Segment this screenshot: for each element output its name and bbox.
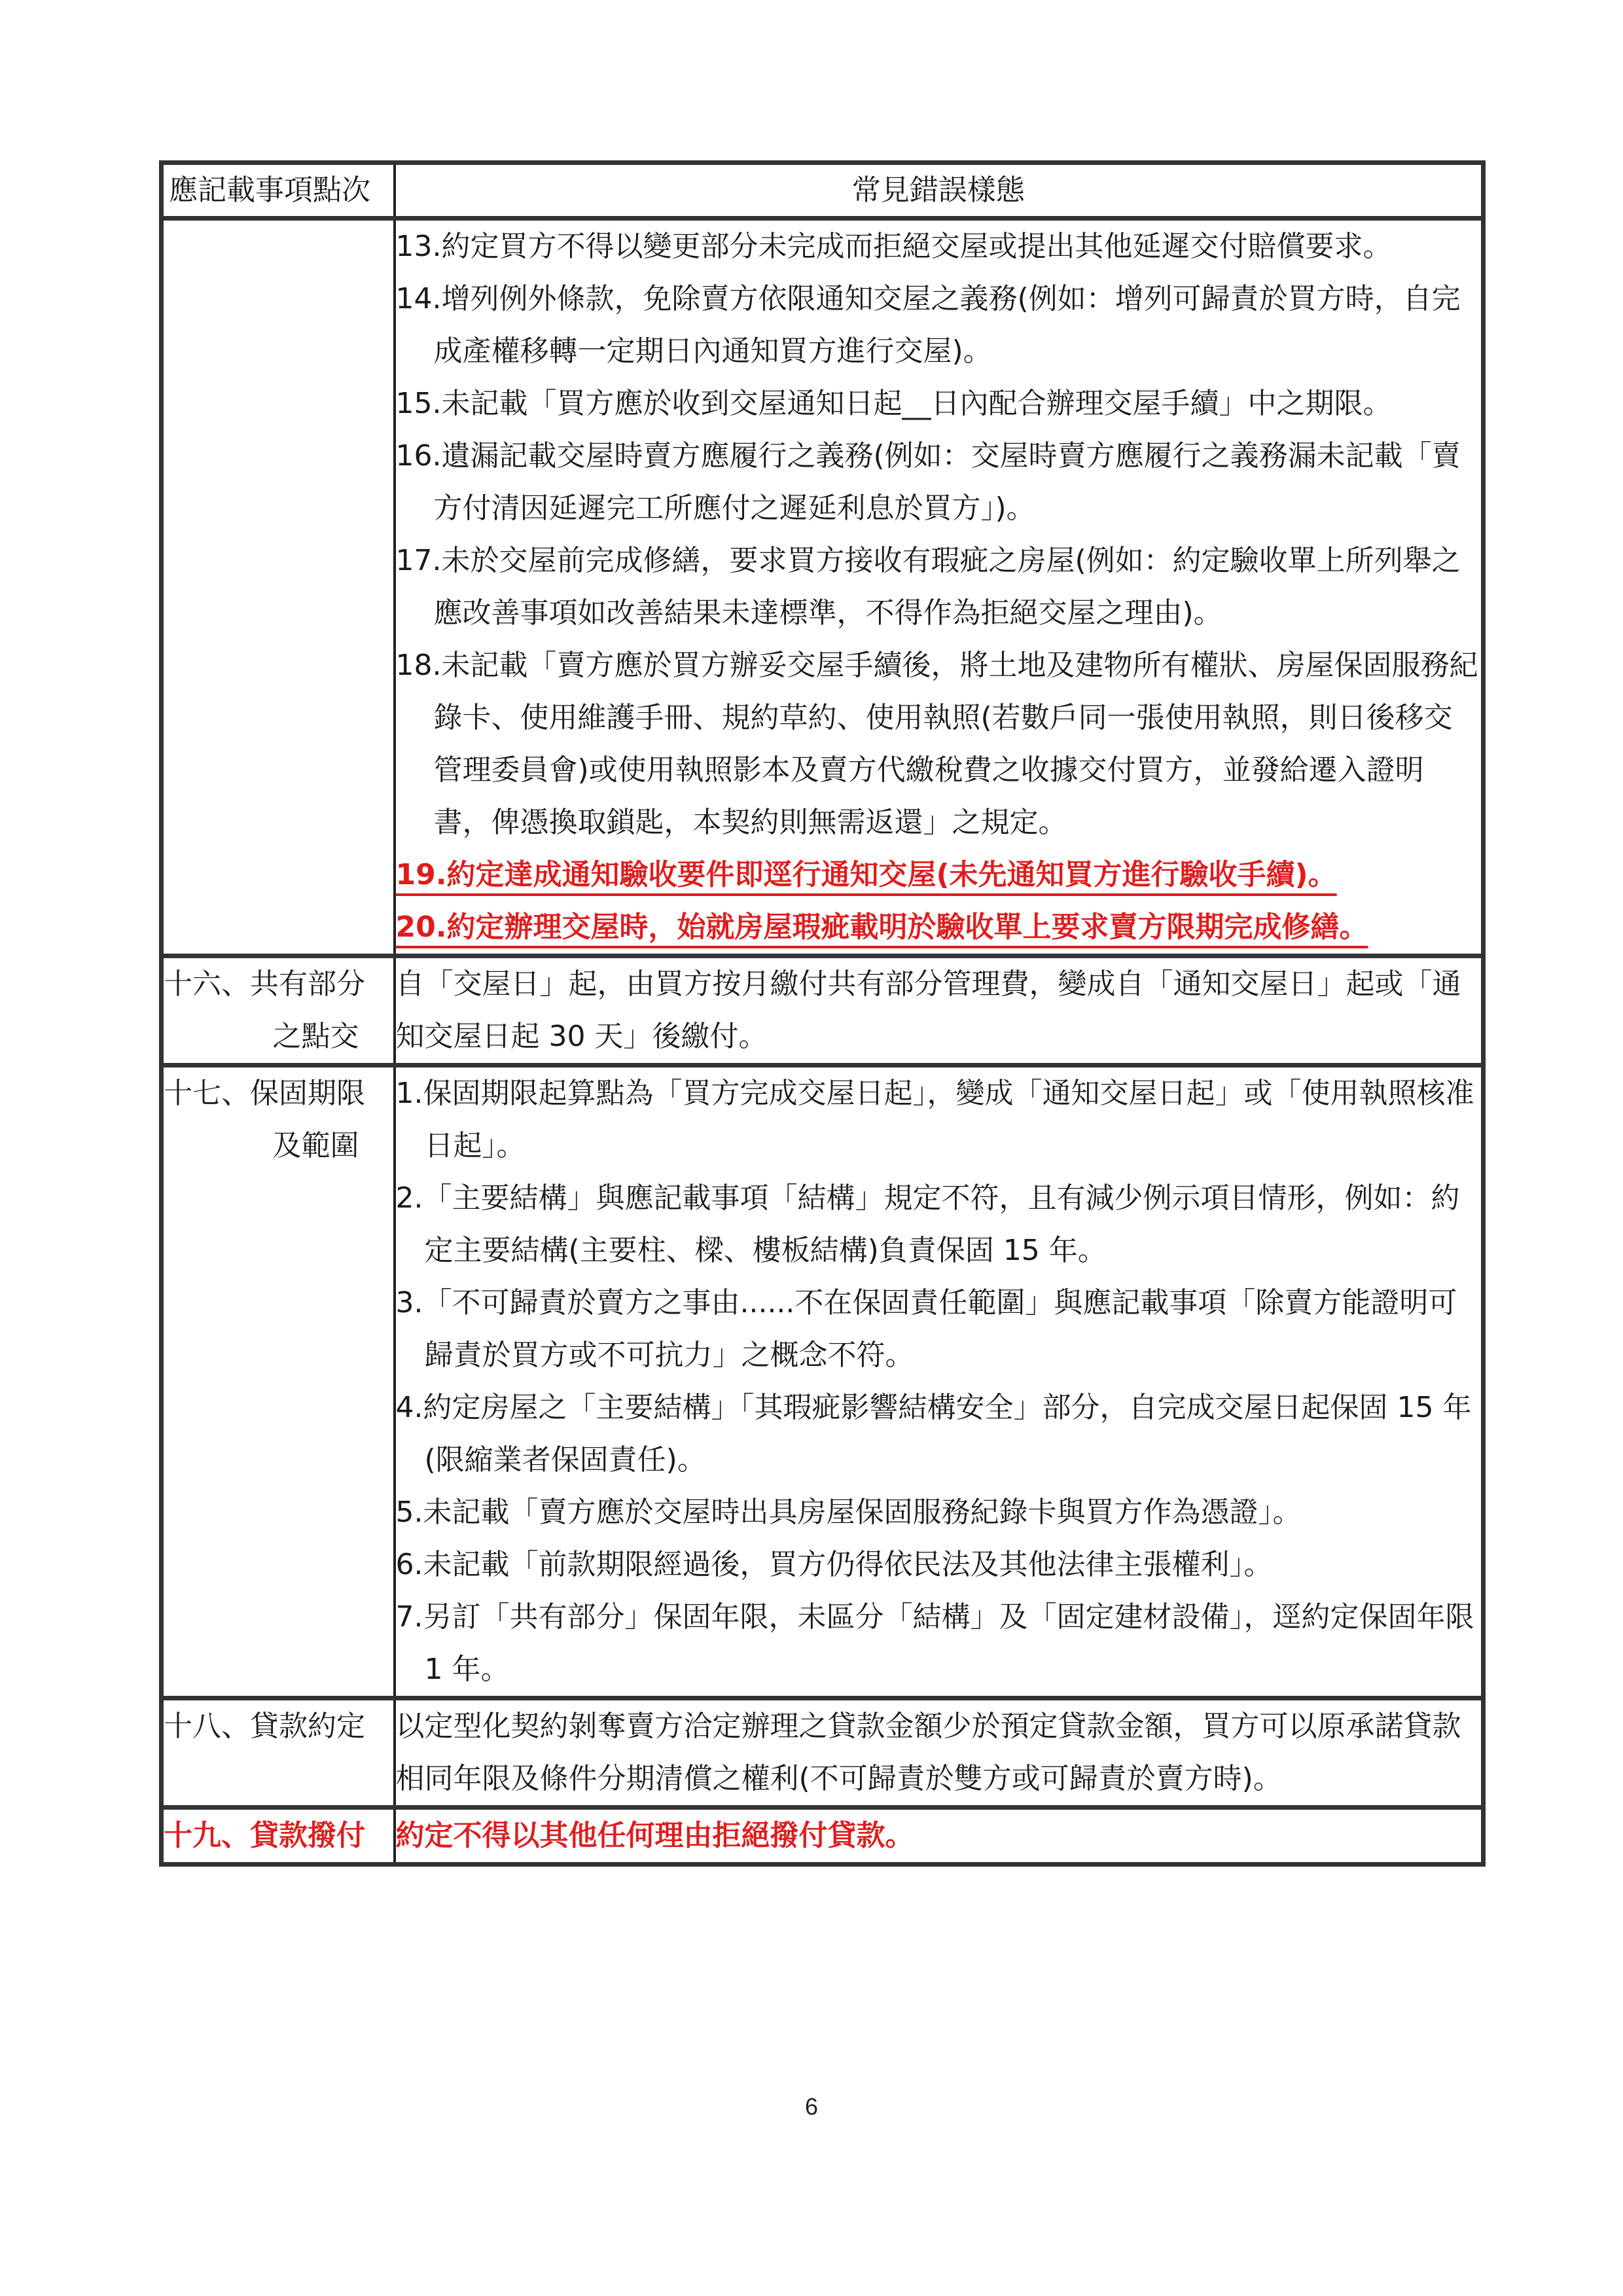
row-content: 約定不得以其他任何理由拒絕撥付貸款。	[395, 1808, 1484, 1865]
table-row-continuation: 13.約定買方不得以變更部分未完成而拒絕交屋或提出其他延遲交付賠償要求。 14.…	[162, 219, 1484, 956]
row-text-highlighted: 約定不得以其他任何理由拒絕撥付貸款。	[396, 1810, 1482, 1862]
table-row-19: 十九、貸款撥付 約定不得以其他任何理由拒絕撥付貸款。	[162, 1808, 1484, 1865]
list-item-17: 17.未於交屋前完成修繕，要求買方接收有瑕疵之房屋(例如：約定驗收單上所列舉之應…	[396, 535, 1482, 639]
list-item-20-highlighted: 20.約定辦理交屋時，始就房屋瑕疵載明於驗收單上要求賣方限期完成修繕。	[396, 901, 1482, 954]
header-error-patterns: 常見錯誤樣態	[395, 163, 1484, 219]
list-item-1: 1.保固期限起算點為「買方完成交屋日起」，變成「通知交屋日起」或「使用執照核准日…	[396, 1067, 1482, 1172]
table-row-17: 十七、保固期限 及範圍 1.保固期限起算點為「買方完成交屋日起」，變成「通知交屋…	[162, 1066, 1484, 1698]
list-item-7: 7.另訂「共有部分」保固年限，未區分「結構」及「固定建材設備」，逕約定保固年限 …	[396, 1591, 1482, 1696]
row-label: 十八、貸款約定	[162, 1698, 395, 1808]
list-item-4: 4.約定房屋之「主要結構」「其瑕疵影響結構安全」部分，自完成交屋日起保固 15 …	[396, 1382, 1482, 1486]
row-label-empty	[162, 219, 395, 956]
list-item-5: 5.未記載「賣方應於交屋時出具房屋保固服務紀錄卡與買方作為憑證」。	[396, 1486, 1482, 1539]
row-content: 以定型化契約剝奪賣方洽定辦理之貸款金額少於預定貸款金額，買方可以原承諾貸款相同年…	[395, 1698, 1484, 1808]
row-label: 十七、保固期限 及範圍	[162, 1066, 395, 1698]
list-item-16: 16.遺漏記載交屋時賣方應履行之義務(例如：交屋時賣方應履行之義務漏未記載「賣方…	[396, 430, 1482, 535]
header-item-number: 應記載事項點次	[162, 163, 395, 219]
row-label-highlighted: 十九、貸款撥付	[162, 1808, 395, 1865]
row-text: 自「交屋日」起，由買方按月繳付共有部分管理費，變成自「通知交屋日」起或「通知交屋…	[396, 958, 1482, 1063]
row-content: 1.保固期限起算點為「買方完成交屋日起」，變成「通知交屋日起」或「使用執照核准日…	[395, 1066, 1484, 1698]
list-item-3: 3.「不可歸責於賣方之事由......不在保固責任範圍」與應記載事項「除賣方能證…	[396, 1277, 1482, 1382]
list-item-2: 2.「主要結構」與應記載事項「結構」規定不符，且有減少例示項目情形，例如：約定主…	[396, 1172, 1482, 1277]
list-item-18: 18.未記載「賣方應於買方辦妥交屋手續後，將土地及建物所有權狀、房屋保固服務紀錄…	[396, 639, 1482, 849]
row-label: 十六、共有部分 之點交	[162, 956, 395, 1066]
table-header-row: 應記載事項點次 常見錯誤樣態	[162, 163, 1484, 219]
list-item-6: 6.未記載「前款期限經過後，買方仍得依民法及其他法律主張權利」。	[396, 1539, 1482, 1591]
table-row-16: 十六、共有部分 之點交 自「交屋日」起，由買方按月繳付共有部分管理費，變成自「通…	[162, 956, 1484, 1066]
row-text: 以定型化契約剝奪賣方洽定辦理之貸款金額少於預定貸款金額，買方可以原承諾貸款相同年…	[396, 1700, 1482, 1805]
table-row-18: 十八、貸款約定 以定型化契約剝奪賣方洽定辦理之貸款金額少於預定貸款金額，買方可以…	[162, 1698, 1484, 1808]
row-content: 自「交屋日」起，由買方按月繳付共有部分管理費，變成自「通知交屋日」起或「通知交屋…	[395, 956, 1484, 1066]
list-item-14: 14.增列例外條款，免除賣方依限通知交屋之義務(例如：增列可歸責於買方時，自完成…	[396, 273, 1482, 378]
error-patterns-table: 應記載事項點次 常見錯誤樣態 13.約定買方不得以變更部分未完成而拒絕交屋或提出…	[159, 160, 1486, 1867]
row-content: 13.約定買方不得以變更部分未完成而拒絕交屋或提出其他延遲交付賠償要求。 14.…	[395, 219, 1484, 956]
list-item-15: 15.未記載「買方應於收到交屋通知日起__日內配合辦理交屋手續」中之期限。	[396, 378, 1482, 430]
list-item-13: 13.約定買方不得以變更部分未完成而拒絕交屋或提出其他延遲交付賠償要求。	[396, 221, 1482, 273]
list-item-19-highlighted: 19.約定達成通知驗收要件即逕行通知交屋(未先通知買方進行驗收手續)。	[396, 849, 1482, 901]
page-number: 6	[0, 2093, 1623, 2121]
